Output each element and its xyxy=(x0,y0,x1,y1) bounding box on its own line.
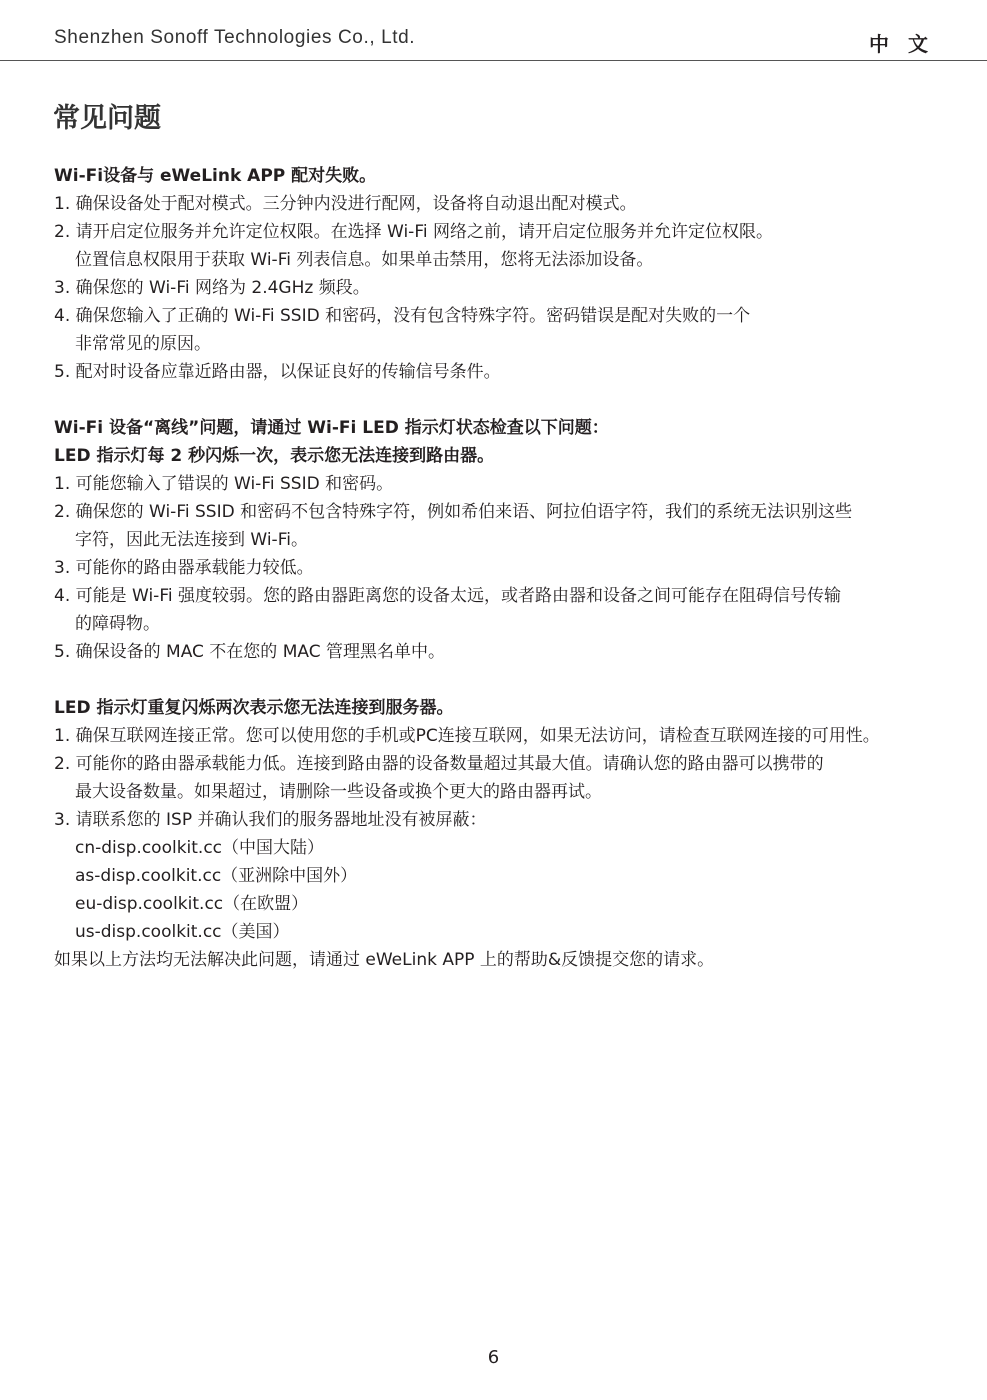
list-item: 2. 确保您的 Wi-Fi SSID 和密码不包含特殊字符，例如希伯来语、阿拉伯… xyxy=(54,498,954,554)
list-item-text: 3. 请联系您的 ISP 并确认我们的服务器地址没有被屏蔽： xyxy=(54,806,954,834)
language-label: 中 文 xyxy=(869,28,934,57)
list-item: 2. 请开启定位服务并允许定位权限。在选择 Wi-Fi 网络之前，请开启定位服务… xyxy=(54,218,954,274)
server-address-cn: cn-disp.coolkit.cc（中国大陆） xyxy=(54,834,954,862)
page-title: 常见问题 xyxy=(53,96,161,135)
list-item: 1. 确保设备处于配对模式。三分钟内没进行配网，设备将自动退出配对模式。 xyxy=(54,190,954,218)
list-item-text: 1. 可能您输入了错误的 Wi-Fi SSID 和密码。 xyxy=(54,470,954,498)
page-header: Shenzhen Sonoff Technologies Co., Ltd. 中… xyxy=(0,0,987,61)
list-item-text: 5. 配对时设备应靠近路由器，以保证良好的传输信号条件。 xyxy=(54,358,954,386)
list-item-text-continued: 位置信息权限用于获取 Wi-Fi 列表信息。如果单击禁用，您将无法添加设备。 xyxy=(54,246,954,274)
list-item-text: 3. 可能你的路由器承载能力较低。 xyxy=(54,554,954,582)
server-address-list: cn-disp.coolkit.cc（中国大陆） as-disp.coolkit… xyxy=(54,834,954,946)
list-item-text-continued: 非常常见的原因。 xyxy=(54,330,954,358)
list-item: 5. 确保设备的 MAC 不在您的 MAC 管理黑名单中。 xyxy=(54,638,954,666)
list-item-text: 2. 确保您的 Wi-Fi SSID 和密码不包含特殊字符，例如希伯来语、阿拉伯… xyxy=(54,498,954,526)
server-address-as: as-disp.coolkit.cc（亚洲除中国外） xyxy=(54,862,954,890)
list-item: 5. 配对时设备应靠近路由器，以保证良好的传输信号条件。 xyxy=(54,358,954,386)
list-item-text: 2. 可能你的路由器承载能力低。连接到路由器的设备数量超过其最大值。请确认您的路… xyxy=(54,750,954,778)
list-item-text: 3. 确保您的 Wi-Fi 网络为 2.4GHz 频段。 xyxy=(54,274,954,302)
list-item: 3. 请联系您的 ISP 并确认我们的服务器地址没有被屏蔽： xyxy=(54,806,954,834)
list-item: 4. 确保您输入了正确的 Wi-Fi SSID 和密码，没有包含特殊字符。密码错… xyxy=(54,302,954,358)
server-address-eu: eu-disp.coolkit.cc（在欧盟） xyxy=(54,890,954,918)
list-item: 1. 确保互联网连接正常。您可以使用您的手机或PC连接互联网，如果无法访问，请检… xyxy=(54,722,954,750)
list-item-text: 1. 确保设备处于配对模式。三分钟内没进行配网，设备将自动退出配对模式。 xyxy=(54,190,954,218)
page-number: 6 xyxy=(0,1347,987,1368)
list-item-text: 4. 可能是 Wi-Fi 强度较弱。您的路由器距离您的设备太远，或者路由器和设备… xyxy=(54,582,954,610)
server-address-us: us-disp.coolkit.cc（美国） xyxy=(54,918,954,946)
list-item-text: 1. 确保互联网连接正常。您可以使用您的手机或PC连接互联网，如果无法访问，请检… xyxy=(54,722,954,750)
section-subheading: LED 指示灯每 2 秒闪烁一次，表示您无法连接到路由器。 xyxy=(54,442,954,470)
list-item-text-continued: 最大设备数量。如果超过，请删除一些设备或换个更大的路由器再试。 xyxy=(54,778,954,806)
list-item-text-continued: 的障碍物。 xyxy=(54,610,954,638)
faq-section-server-connection: LED 指示灯重复闪烁两次表示您无法连接到服务器。 1. 确保互联网连接正常。您… xyxy=(54,694,954,974)
list-item: 1. 可能您输入了错误的 Wi-Fi SSID 和密码。 xyxy=(54,470,954,498)
faq-section-device-offline: Wi-Fi 设备“离线”问题，请通过 Wi-Fi LED 指示灯状态检查以下问题… xyxy=(54,414,954,666)
list-item-text: 4. 确保您输入了正确的 Wi-Fi SSID 和密码，没有包含特殊字符。密码错… xyxy=(54,302,954,330)
help-feedback-note: 如果以上方法均无法解决此问题，请通过 eWeLink APP 上的帮助&反馈提交… xyxy=(54,946,954,974)
section-heading: Wi-Fi 设备“离线”问题，请通过 Wi-Fi LED 指示灯状态检查以下问题… xyxy=(54,414,954,442)
list-item: 3. 确保您的 Wi-Fi 网络为 2.4GHz 频段。 xyxy=(54,274,954,302)
faq-content: Wi-Fi设备与 eWeLink APP 配对失败。 1. 确保设备处于配对模式… xyxy=(54,162,954,974)
list-item: 2. 可能你的路由器承载能力低。连接到路由器的设备数量超过其最大值。请确认您的路… xyxy=(54,750,954,806)
list-item-text-continued: 字符，因此无法连接到 Wi-Fi。 xyxy=(54,526,954,554)
list-item-text: 5. 确保设备的 MAC 不在您的 MAC 管理黑名单中。 xyxy=(54,638,954,666)
list-item-text: 2. 请开启定位服务并允许定位权限。在选择 Wi-Fi 网络之前，请开启定位服务… xyxy=(54,218,954,246)
section-heading: LED 指示灯重复闪烁两次表示您无法连接到服务器。 xyxy=(54,694,954,722)
list-item: 3. 可能你的路由器承载能力较低。 xyxy=(54,554,954,582)
list-item: 4. 可能是 Wi-Fi 强度较弱。您的路由器距离您的设备太远，或者路由器和设备… xyxy=(54,582,954,638)
faq-section-pairing-failure: Wi-Fi设备与 eWeLink APP 配对失败。 1. 确保设备处于配对模式… xyxy=(54,162,954,386)
company-name: Shenzhen Sonoff Technologies Co., Ltd. xyxy=(54,27,415,49)
section-heading: Wi-Fi设备与 eWeLink APP 配对失败。 xyxy=(54,162,954,190)
